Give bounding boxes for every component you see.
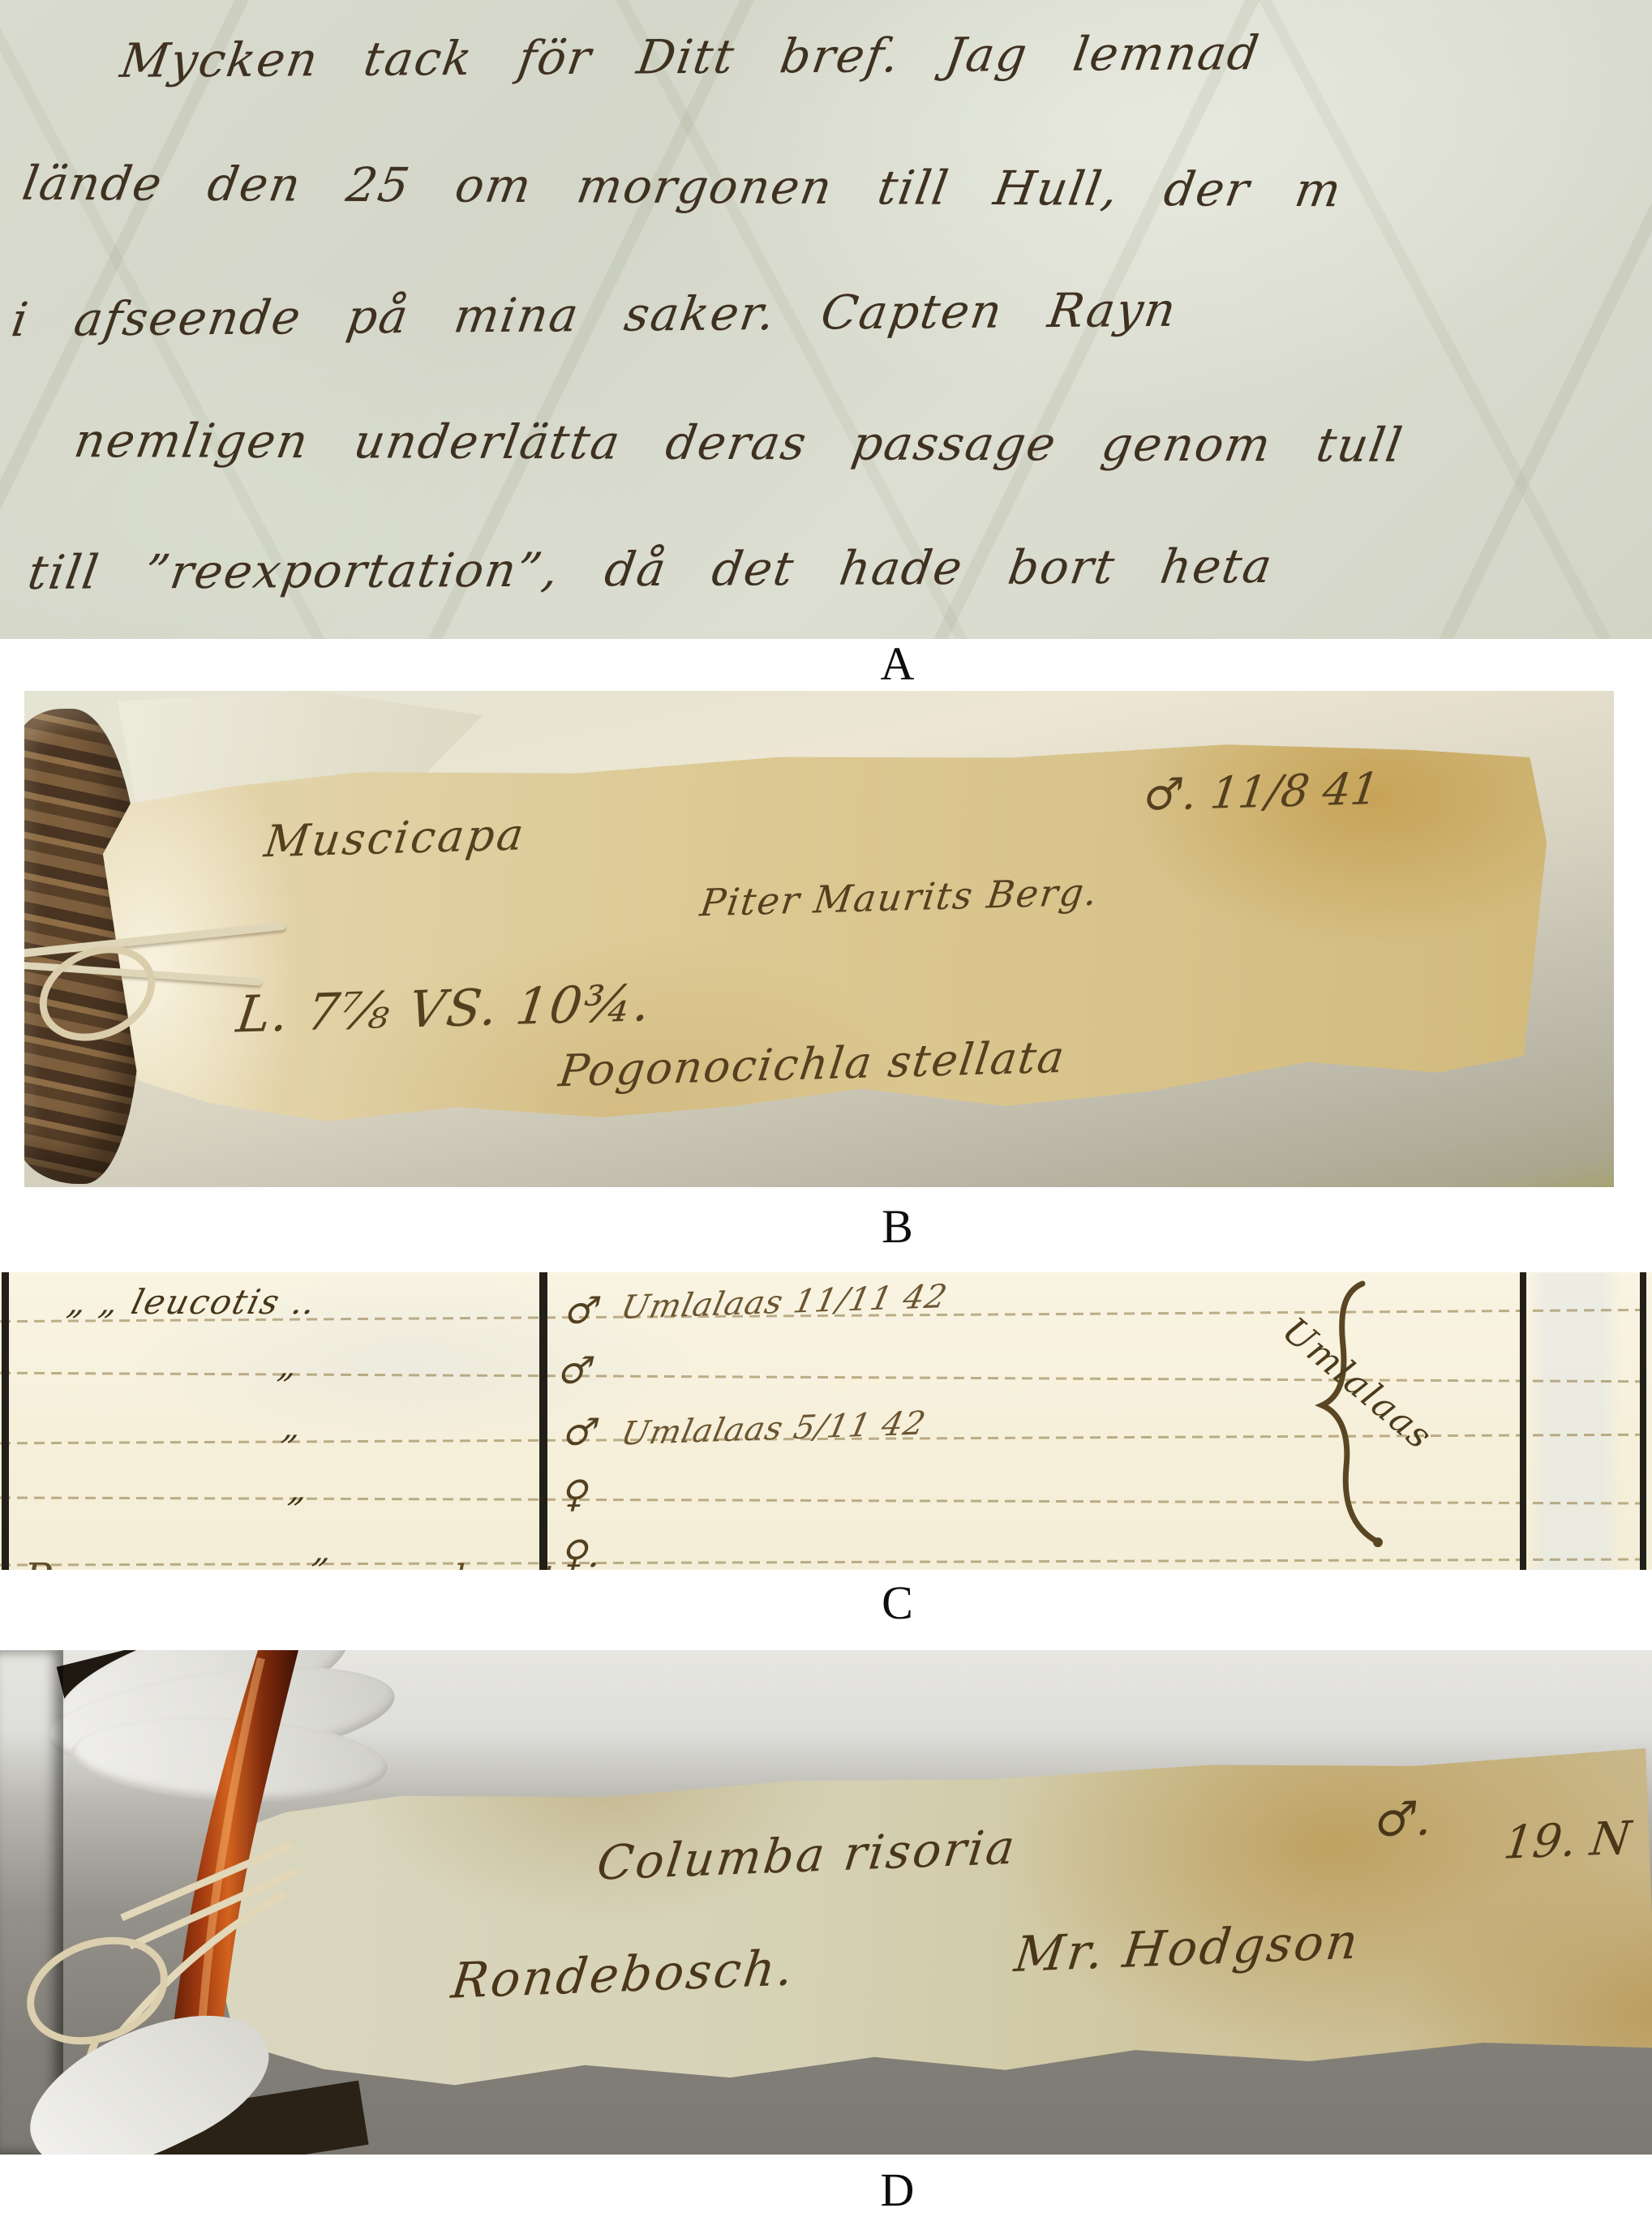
ledger-rule-line: [0, 1558, 1652, 1566]
ledger-row-sex: ♀: [557, 1472, 595, 1516]
label-b-measurements: L. 7⅞ VS. 10¾.: [234, 973, 655, 1044]
label-d-sex: ♂.: [1371, 1790, 1435, 1848]
ledger-column-rule: [2, 1272, 9, 1570]
figure-page: Mycken tack för Ditt bref. Jag lemnad lä…: [0, 0, 1652, 2234]
ledger-row-species: „ „ leucotis ‥: [64, 1282, 322, 1322]
panel-letter-c: C: [71, 1580, 1652, 1627]
ledger-row-entry: Umlalaas 11/11 42: [617, 1278, 950, 1327]
ledger-column-rule: [1640, 1272, 1646, 1570]
panel-a-letter-photo: Mycken tack för Ditt bref. Jag lemnad lä…: [0, 0, 1652, 639]
ledger-row-sex: ♂: [559, 1410, 603, 1454]
label-d-collector: Mr. Hodgson: [1011, 1913, 1363, 1983]
ledger-row-species: „: [275, 1345, 304, 1385]
ledger-rule-line: [0, 1496, 1652, 1504]
specimen-label-d: Columba risoria ♂. 19. N Rondebosch. Mr.…: [198, 1748, 1652, 2103]
panel-d-label-photo: Columba risoria ♂. 19. N Rondebosch. Mr.…: [0, 1650, 1652, 2155]
label-d-locality: Rondebosch.: [448, 1940, 799, 2010]
label-b-species: Muscicapa: [261, 808, 529, 867]
letter-line-3: i afseende på mina saker. Capten Rayn: [8, 282, 1181, 348]
ledger-rule-line: [0, 1372, 1652, 1383]
ledger-row-sex: ♂: [554, 1349, 599, 1392]
ledger-column-rule: [1520, 1272, 1526, 1570]
ledger-row-species: „: [285, 1469, 315, 1509]
label-d-date: 19. N: [1501, 1812, 1634, 1869]
specimen-label-b: Muscicapa ♂. 11/8 41 Piter Maurits Berg.…: [101, 735, 1554, 1131]
letter-line-4: nemligen underlätta deras passage genom …: [71, 413, 1407, 473]
label-b-determination: Pogonocichla stellata: [556, 1031, 1069, 1097]
ledger-row-entry: Umlalaas 5/11 42: [618, 1405, 929, 1453]
panel-letter-b: B: [71, 1203, 1652, 1250]
letter-line-5: till ”reexportation”, då det hade bort h…: [24, 538, 1277, 600]
ledger-row-sex: ♂: [560, 1289, 605, 1332]
ledger-partial-marks: l t s: [454, 1558, 683, 1570]
letter-line-1: Mycken tack för Ditt bref. Jag lemnad: [117, 25, 1264, 88]
panel-letter-a: A: [71, 641, 1652, 688]
letter-line-2: lände den 25 om morgonen till Hull, der …: [19, 156, 1346, 218]
ledger-partial-row: P: [24, 1554, 52, 1570]
label-d-species: Columba risoria: [594, 1820, 1020, 1891]
panel-letter-d: D: [71, 2167, 1652, 2214]
ledger-column-rule: [539, 1272, 547, 1570]
panel-b-label-photo: Muscicapa ♂. 11/8 41 Piter Maurits Berg.…: [24, 691, 1614, 1187]
label-b-sex-date: ♂. 11/8 41: [1140, 763, 1382, 821]
panel-c-ledger-photo: „ „ leucotis ‥ ♂ Umlalaas 11/11 42 „ ♂ „…: [0, 1272, 1652, 1570]
label-b-locality: Piter Maurits Berg.: [697, 870, 1101, 925]
